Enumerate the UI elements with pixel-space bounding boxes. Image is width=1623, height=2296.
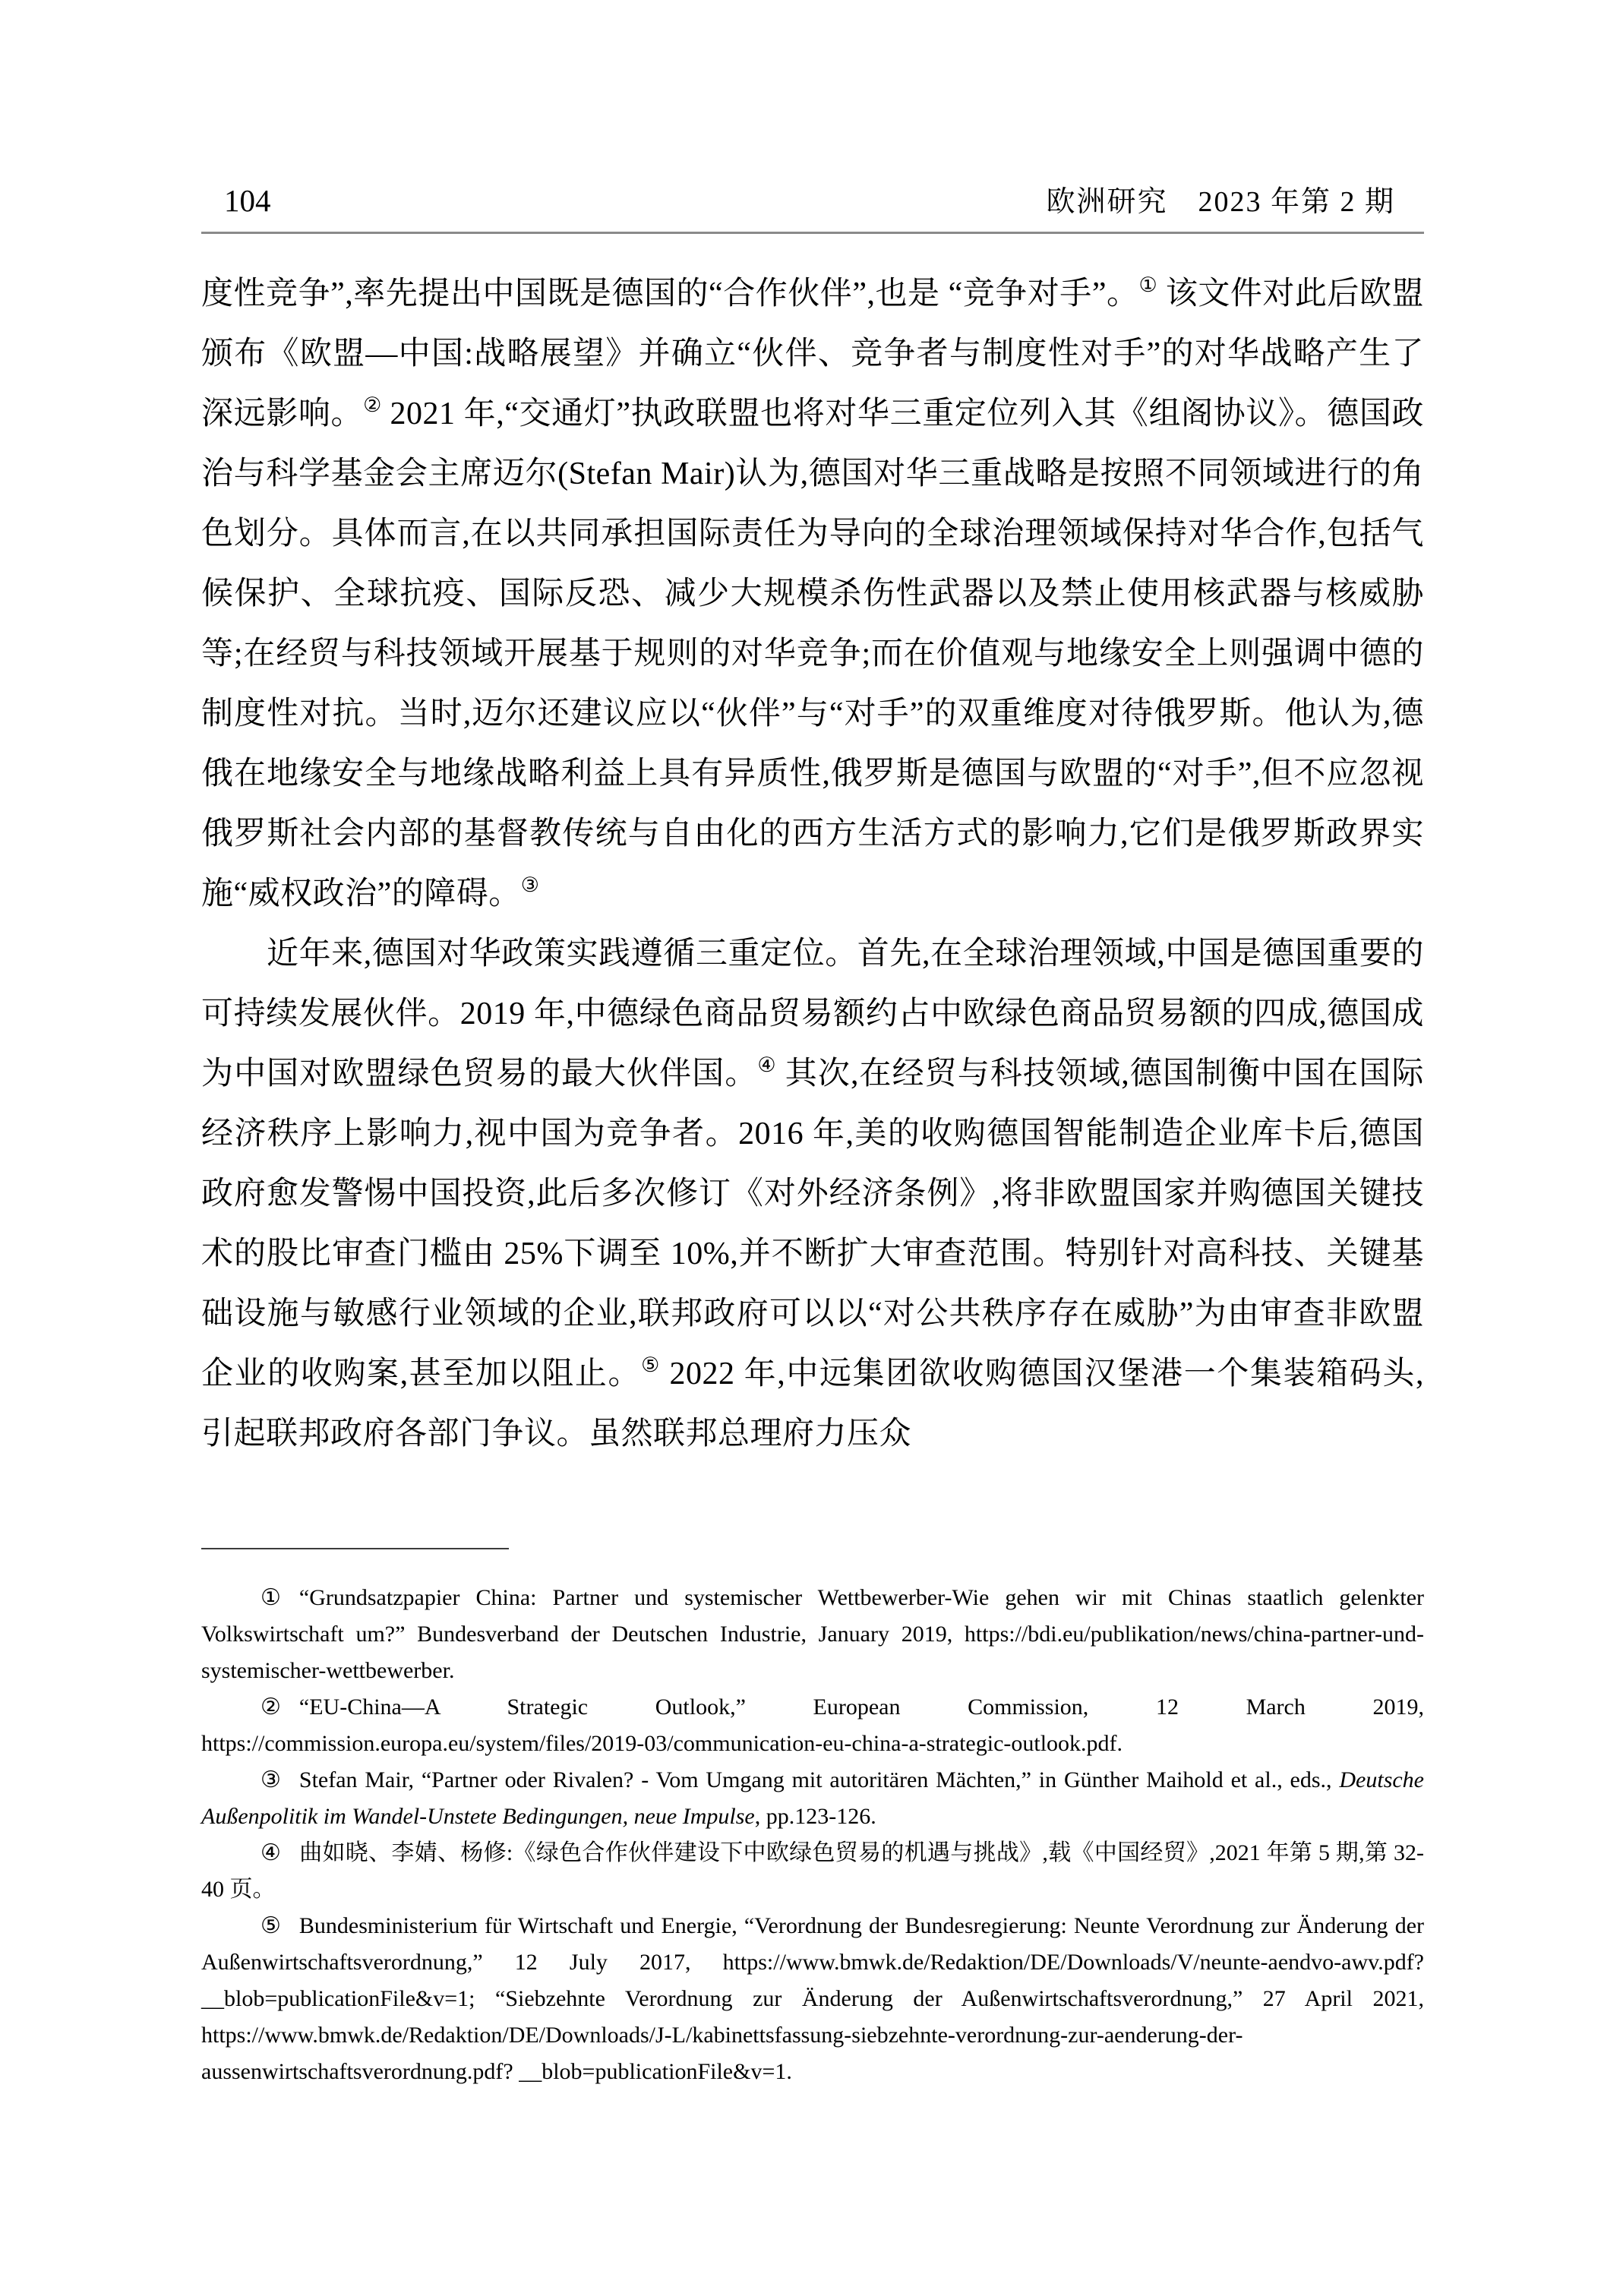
footnote-2: ②“EU-China—A Strategic Outlook,” Europea… (201, 1689, 1424, 1762)
journal-issue-header: 欧洲研究 2023 年第 2 期 (1046, 178, 1424, 219)
footnote-text-3-end: , pp.123-126. (755, 1804, 876, 1829)
footnote-ref-3: ③ (521, 873, 539, 896)
article-body: 度性竞争”,率先提出中国既是德国的“合作伙伴”,也是 “竞争对手”。① 该文件对… (201, 264, 1424, 1464)
footnote-ref-4: ④ (757, 1053, 776, 1076)
body-text: 2021 年,“交通灯”执政联盟也将对华三重定位列入其《组阁协议》。德国政治与科… (201, 396, 1424, 911)
footnote-text-3: Stefan Mair, “Partner oder Rivalen? - Vo… (299, 1767, 1339, 1792)
page-header: 104 欧洲研究 2023 年第 2 期 (201, 0, 1424, 219)
footnote-marker-3: ③ (261, 1762, 281, 1799)
footnote-ref-5: ⑤ (641, 1353, 660, 1376)
footnote-marker-4: ④ (261, 1835, 281, 1871)
footnote-ref-1: ① (1139, 273, 1157, 296)
footnote-text-1: “Grundsatzpapier China: Partner und syst… (201, 1585, 1424, 1683)
footnote-marker-2: ② (261, 1689, 281, 1726)
page-number: 104 (201, 182, 271, 219)
footnote-marker-5: ⑤ (261, 1908, 281, 1944)
footnote-text-2: “EU-China—A Strategic Outlook,” European… (201, 1694, 1424, 1756)
footnote-4: ④曲如晓、李婧、杨修:《绿色合作伙伴建设下中欧绿色贸易的机遇与挑战》,载《中国经… (201, 1835, 1424, 1908)
footnote-separator (201, 1548, 509, 1549)
footnote-text-4: 曲如晓、李婧、杨修:《绿色合作伙伴建设下中欧绿色贸易的机遇与挑战》,载《中国经贸… (201, 1840, 1424, 1902)
body-text: 度性竞争”,率先提出中国既是德国的“合作伙伴”,也是 “竞争对手”。 (201, 276, 1139, 311)
body-paragraph-2: 近年来,德国对华政策实践遵循三重定位。首先,在全球治理领域,中国是德国重要的可持… (201, 924, 1424, 1464)
footnote-ref-2: ② (363, 393, 381, 416)
journal-page: 104 欧洲研究 2023 年第 2 期 度性竞争”,率先提出中国既是德国的“合… (0, 0, 1623, 2296)
footnote-text-5: Bundesministerium für Wirtschaft und Ene… (201, 1913, 1424, 2084)
footnote-3: ③Stefan Mair, “Partner oder Rivalen? - V… (201, 1762, 1424, 1835)
body-text: 其次,在经贸与科技领域,德国制衡中国在国际经济秩序上影响力,视中国为竞争者。20… (201, 1056, 1424, 1391)
footnote-1: ①“Grundsatzpapier China: Partner und sys… (201, 1580, 1424, 1689)
body-paragraph-1: 度性竞争”,率先提出中国既是德国的“合作伙伴”,也是 “竞争对手”。① 该文件对… (201, 264, 1424, 924)
footnotes: ①“Grundsatzpapier China: Partner und sys… (201, 1580, 1424, 2090)
footnote-marker-1: ① (261, 1580, 281, 1616)
footnote-5: ⑤Bundesministerium für Wirtschaft und En… (201, 1908, 1424, 2090)
header-rule (201, 232, 1424, 234)
